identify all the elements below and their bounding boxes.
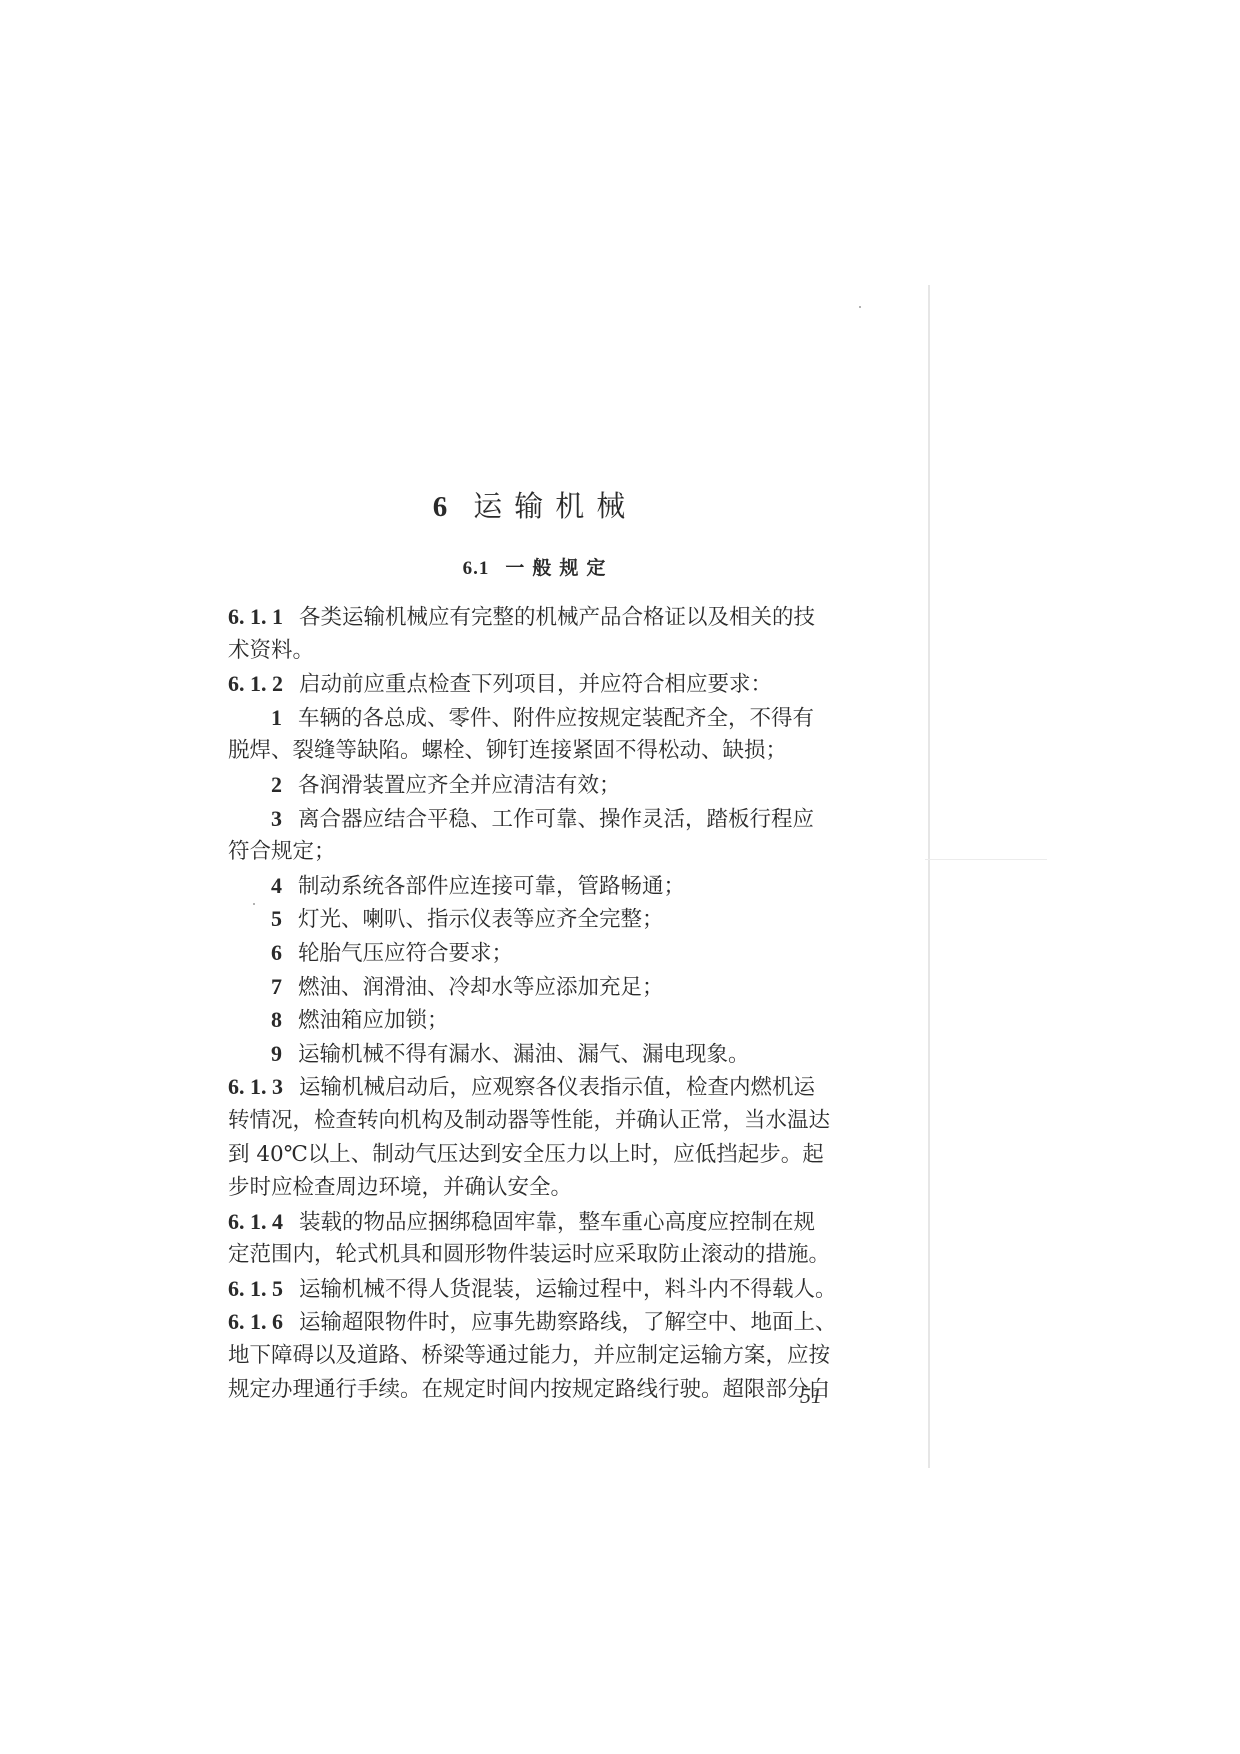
clause-number: 6. 1. 6 [228, 1309, 283, 1334]
line-text: 各类运输机械应有完整的机械产品合格证以及相关的技 [299, 605, 815, 630]
item-number: 5 [271, 906, 282, 931]
line-text: 运输超限物件时，应事先勘察路线，了解空中、地面上、 [299, 1310, 837, 1335]
line-text: 规定办理通行手续。在规定时间内按规定路线行驶。超限部分白 [228, 1377, 830, 1402]
line-text: 运输机械不得人货混装，运输过程中，料斗内不得载人。 [299, 1277, 837, 1302]
line-text: 离合器应结合平稳、工作可靠、操作灵活，踏板行程应 [298, 807, 814, 832]
clause-number: 6. 1. 3 [228, 1074, 283, 1099]
list-item: 8燃油箱应加锁； [228, 1003, 840, 1037]
line-text: 步时应检查周边环境，并确认安全。 [228, 1175, 572, 1200]
clause-number: 6. 1. 5 [228, 1276, 283, 1301]
line-text: 术资料。 [228, 638, 314, 663]
line-text: 转情况，检查转向机构及制动器等性能，并确认正常，当水温达 [228, 1108, 830, 1133]
line-text: 灯光、喇叭、指示仪表等应齐全完整； [298, 907, 664, 932]
list-item: 2各润滑装置应齐全并应清洁有效； [228, 768, 840, 802]
line-text: 到 40℃以上、制动气压达到安全压力以上时，应低挡起步。起 [228, 1142, 824, 1167]
line-text: 运输机械启动后，应观察各仪表指示值，检查内燃机运 [299, 1075, 815, 1100]
line-text: 地下障碍以及道路、桥梁等通过能力，并应制定运输方案，应按 [228, 1343, 830, 1368]
line-text: 运输机械不得有漏水、漏油、漏气、漏电现象。 [298, 1042, 750, 1067]
section-title: 一般规定 [505, 557, 613, 579]
text-line: 步时应检查周边环境，并确认安全。 [228, 1171, 840, 1205]
section-heading: 6.1一般规定 [0, 553, 1076, 580]
list-item: 1车辆的各总成、零件、附件应按规定装配齐全，不得有 [228, 701, 840, 735]
clause-line: 6. 1. 1各类运输机械应有完整的机械产品合格证以及相关的技 [228, 600, 840, 634]
clause-line: 6. 1. 5运输机械不得人货混装，运输过程中，料斗内不得载人。 [228, 1272, 840, 1306]
text-line: 术资料。 [228, 634, 840, 668]
line-text: 车辆的各总成、零件、附件应按规定装配齐全，不得有 [298, 706, 814, 731]
item-number: 2 [271, 772, 282, 797]
body-text: 6. 1. 1各类运输机械应有完整的机械产品合格证以及相关的技术资料。6. 1.… [228, 600, 840, 1406]
item-number: 6 [271, 940, 282, 965]
clause-number: 6. 1. 1 [228, 604, 283, 629]
item-number: 1 [271, 705, 282, 730]
list-item: 3离合器应结合平稳、工作可靠、操作灵活，踏板行程应 [228, 802, 840, 836]
chapter-number: 6 [433, 491, 460, 523]
text-line: 地下障碍以及道路、桥梁等通过能力，并应制定运输方案，应按 [228, 1339, 840, 1373]
text-line: 符合规定； [228, 835, 840, 869]
chapter-heading: 6运输机械 [0, 484, 1070, 525]
scan-speck [859, 306, 861, 308]
section-number: 6.1 [463, 558, 490, 579]
line-text: 制动系统各部件应连接可靠，管路畅通； [298, 874, 685, 899]
item-number: 3 [271, 806, 282, 831]
list-item: 7燃油、润滑油、冷却水等应添加充足； [228, 970, 840, 1004]
list-item: 9运输机械不得有漏水、漏油、漏气、漏电现象。 [228, 1037, 840, 1071]
line-text: 燃油、润滑油、冷却水等应添加充足； [298, 975, 664, 1000]
item-number: 9 [271, 1041, 282, 1066]
item-number: 7 [271, 974, 282, 999]
list-item: 4制动系统各部件应连接可靠，管路畅通； [228, 869, 840, 903]
chapter-title: 运输机械 [473, 489, 637, 523]
scan-artifact-line [925, 859, 1047, 860]
text-line: 脱焊、裂缝等缺陷。螺栓、铆钉连接紧固不得松动、缺损； [228, 734, 840, 768]
clause-line: 6. 1. 3运输机械启动后，应观察各仪表指示值，检查内燃机运 [228, 1070, 840, 1104]
line-text: 装载的物品应捆绑稳固牢靠，整车重心高度应控制在规 [299, 1210, 815, 1235]
item-number: 4 [271, 873, 282, 898]
line-text: 定范围内，轮式机具和圆形物件装运时应采取防止滚动的措施。 [228, 1242, 830, 1267]
line-text: 轮胎气压应符合要求； [298, 941, 513, 966]
text-line: 转情况，检查转向机构及制动器等性能，并确认正常，当水温达 [228, 1104, 840, 1138]
clause-line: 6. 1. 2启动前应重点检查下列项目，并应符合相应要求： [228, 667, 840, 701]
text-line: 到 40℃以上、制动气压达到安全压力以上时，应低挡起步。起 [228, 1138, 840, 1172]
item-number: 8 [271, 1007, 282, 1032]
clause-line: 6. 1. 4装载的物品应捆绑稳固牢靠，整车重心高度应控制在规 [228, 1205, 840, 1239]
page-edge-line [928, 285, 930, 1468]
clause-number: 6. 1. 4 [228, 1209, 283, 1234]
text-line: 规定办理通行手续。在规定时间内按规定路线行驶。超限部分白 [228, 1373, 840, 1407]
list-item: 6轮胎气压应符合要求； [228, 936, 840, 970]
list-item: 5灯光、喇叭、指示仪表等应齐全完整； [228, 902, 840, 936]
line-text: 各润滑装置应齐全并应清洁有效； [298, 773, 621, 798]
line-text: 符合规定； [228, 839, 336, 864]
line-text: 燃油箱应加锁； [298, 1008, 449, 1033]
text-line: 定范围内，轮式机具和圆形物件装运时应采取防止滚动的措施。 [228, 1238, 840, 1272]
line-text: 脱焊、裂缝等缺陷。螺栓、铆钉连接紧固不得松动、缺损； [228, 738, 787, 763]
page-number: 51 [800, 1383, 822, 1409]
line-text: 启动前应重点检查下列项目，并应符合相应要求： [299, 672, 772, 697]
clause-line: 6. 1. 6运输超限物件时，应事先勘察路线，了解空中、地面上、 [228, 1305, 840, 1339]
clause-number: 6. 1. 2 [228, 671, 283, 696]
